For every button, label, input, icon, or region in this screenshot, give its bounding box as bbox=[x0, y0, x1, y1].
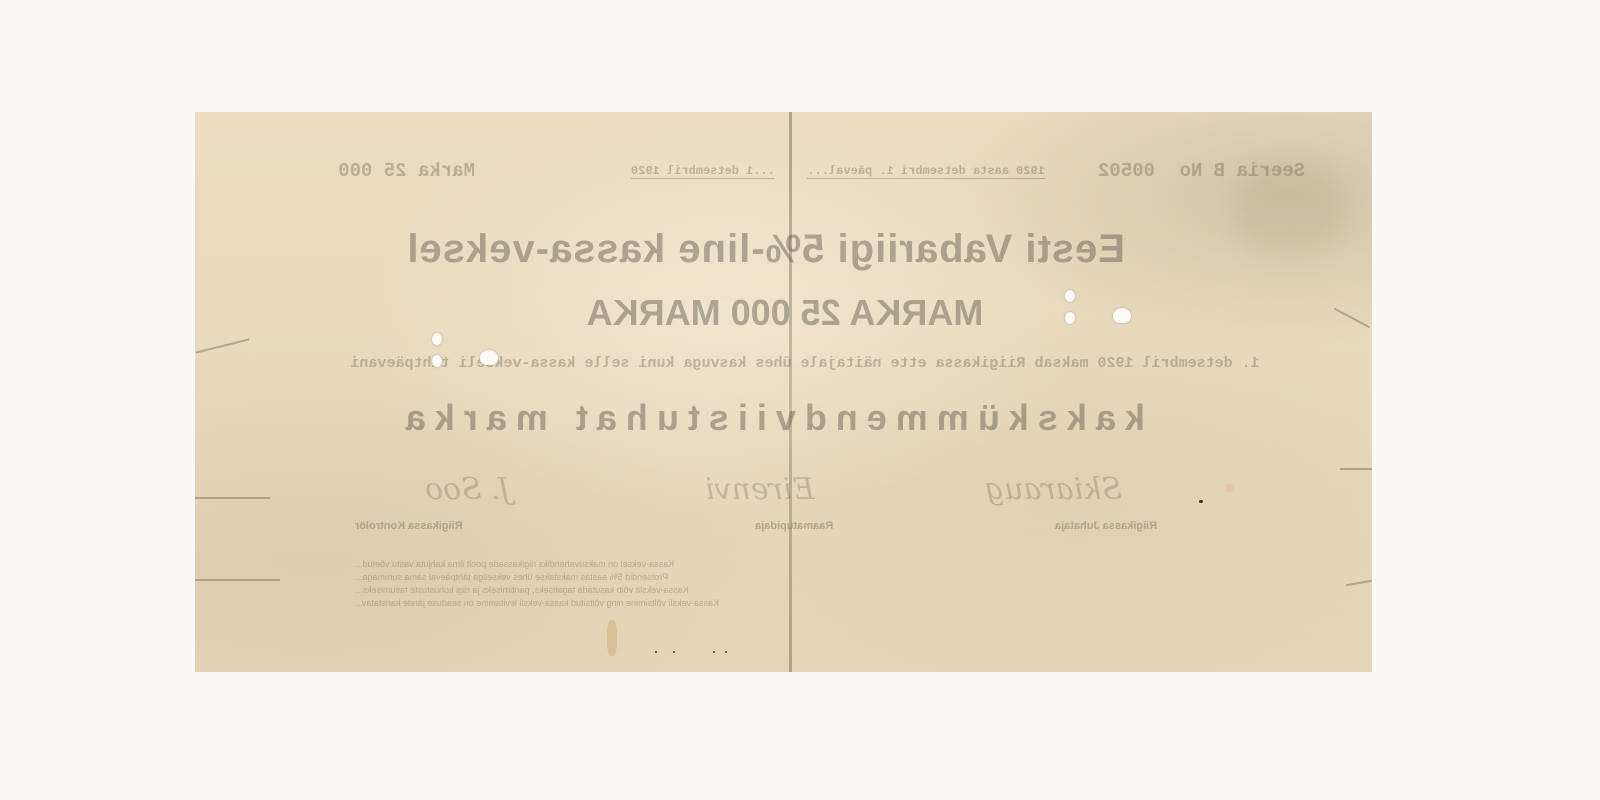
fine-print-line: Kassa-vekslit võib kasutada tagatiseks, … bbox=[355, 585, 1295, 595]
amount-short: Marka 25 000 bbox=[338, 160, 475, 182]
edge-crease bbox=[196, 338, 250, 353]
edge-crease bbox=[195, 579, 280, 581]
issue-note: 1920 aasta detsembri 1. päeval... bbox=[807, 164, 1045, 179]
edge-crease bbox=[1334, 308, 1370, 329]
signature-scrawl: Skiaraug bbox=[985, 472, 1122, 507]
amount-line: MARKA 25 000 MARKA bbox=[525, 292, 1045, 334]
stain-mark bbox=[1235, 162, 1345, 252]
signature-label: Raamatupidaja bbox=[755, 520, 833, 532]
perforation-hole bbox=[1113, 308, 1131, 323]
signature-scrawl: Eirenvi bbox=[705, 472, 814, 507]
perforation-hole bbox=[1065, 290, 1075, 302]
ink-dot bbox=[1199, 500, 1203, 503]
ink-dot bbox=[713, 651, 715, 653]
issue-note-right: ...1 detsembril 1920 bbox=[631, 164, 775, 179]
stain-mark bbox=[1225, 484, 1233, 492]
banknote: Seeria B No 00502 1920 aasta detsembri 1… bbox=[195, 112, 1372, 672]
edge-crease bbox=[195, 497, 270, 499]
edge-crease bbox=[1340, 468, 1372, 470]
signature-label: Riigikassa Kontrolör bbox=[355, 520, 463, 532]
signature-scrawl: J. Soo bbox=[425, 472, 510, 507]
fine-print-line: Protsendid 5% aastas makstakse ühes veks… bbox=[355, 572, 1295, 582]
perforation-hole bbox=[432, 333, 442, 345]
perforation-hole bbox=[480, 350, 498, 365]
stain-mark bbox=[607, 620, 617, 656]
note-title: Eesti Vabariigi 5%-line kassa-veksel bbox=[415, 227, 1125, 272]
amount-in-words: kakskümmendviistuhat marka bbox=[405, 397, 1145, 439]
fine-print-line: Kassa-veksli võltsimine ning võltsitud k… bbox=[355, 598, 1295, 608]
perforation-hole bbox=[432, 355, 442, 367]
ink-dot bbox=[673, 651, 675, 653]
ink-dot bbox=[655, 651, 657, 653]
signature-label: Riigikassa Juhataja bbox=[1055, 520, 1157, 532]
serial-number: 00502 bbox=[1098, 160, 1155, 182]
edge-crease bbox=[1346, 580, 1372, 586]
fine-print-line: Kassa-veksel on maksuvahendiks riigikass… bbox=[355, 559, 1295, 569]
ink-dot bbox=[725, 651, 727, 653]
perforation-hole bbox=[1065, 312, 1075, 324]
